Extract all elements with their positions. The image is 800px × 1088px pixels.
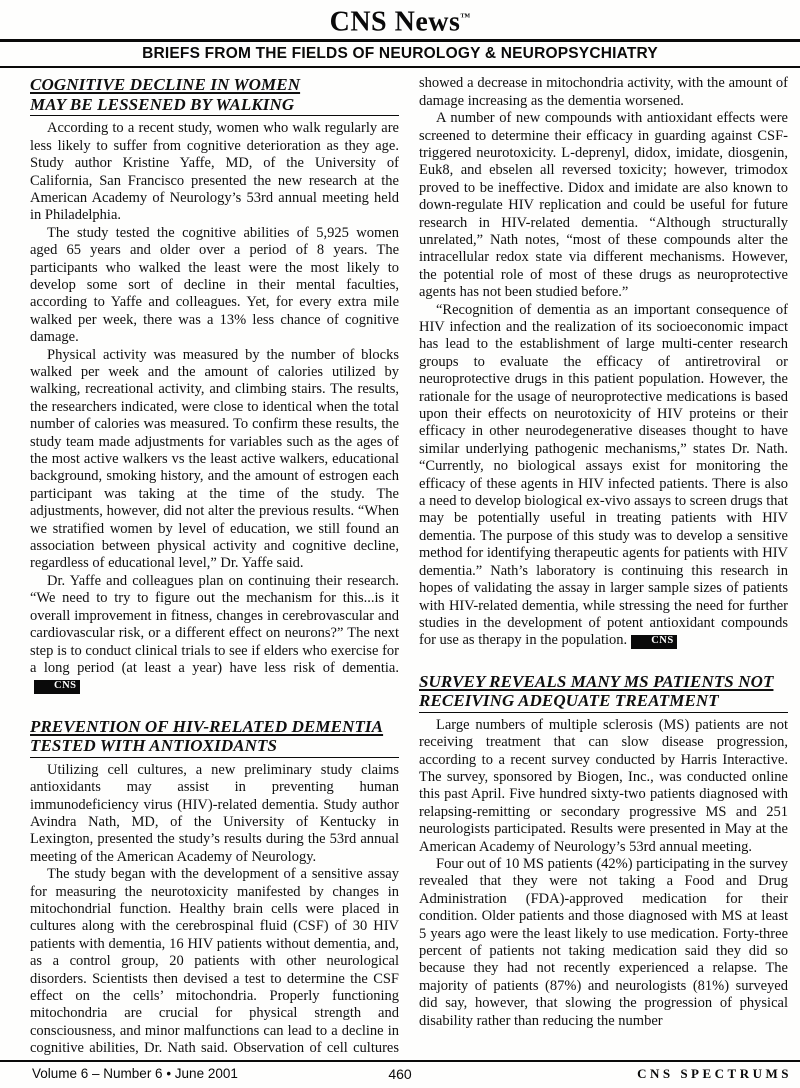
article-cognitive-decline: COGNITIVE DECLINE IN WOMEN MAY BE LESSEN… [30,75,399,694]
article-heading-line: PREVENTION OF HIV-RELATED DEMENTIA [30,717,399,737]
footer-page-number: 460 [388,1066,411,1082]
journal-logo: CNS News™ [0,2,800,38]
paragraph-text: The study tested the cognitive abilities… [30,225,399,345]
article-heading: SURVEY REVEALS MANY MS PATIENTS NOT RECE… [419,672,788,713]
paragraph: The study tested the cognitive abilities… [30,225,399,347]
masthead: CNS News™ BRIEFS FROM THE FIELDS OF NEUR… [0,0,800,68]
article-columns: COGNITIVE DECLINE IN WOMEN MAY BE LESSEN… [30,75,788,1059]
paragraph: Four out of 10 MS patients (42%) partici… [419,856,788,1030]
paragraph: Physical activity was measured by the nu… [30,347,399,573]
footer-issue: Volume 6 – Number 6 • June 2001 [32,1066,238,1081]
cns-end-badge: CNS [631,635,677,649]
article-ms-survey: SURVEY REVEALS MANY MS PATIENTS NOT RECE… [419,672,788,1030]
paragraph-text: Utilizing cell cultures, a new prelimina… [30,762,399,865]
paragraph: Utilizing cell cultures, a new prelimina… [30,762,399,866]
article-heading: PREVENTION OF HIV-RELATED DEMENTIA TESTE… [30,717,399,758]
paragraph-text: Four out of 10 MS patients (42%) partici… [419,856,788,1029]
article-heading-line: TESTED WITH ANTIOXIDANTS [30,736,399,758]
article-heading-line: SURVEY REVEALS MANY MS PATIENTS NOT [419,672,788,692]
cns-end-badge: CNS [34,680,80,694]
article-heading-line: MAY BE LESSENED BY WALKING [30,95,399,117]
paragraph-text: Physical activity was measured by the nu… [30,347,399,572]
paragraph-text: Large numbers of multiple sclerosis (MS)… [419,717,788,855]
paragraph: Dr. Yaffe and colleagues plan on continu… [30,573,399,695]
paragraph: According to a recent study, women who w… [30,120,399,224]
paragraph-text: Dr. Yaffe and colleagues plan on continu… [30,573,399,676]
section-banner: BRIEFS FROM THE FIELDS OF NEUROLOGY & NE… [0,42,800,66]
paragraph: “Recognition of dementia as an important… [419,302,788,650]
article-heading-line: RECEIVING ADEQUATE TREATMENT [419,691,788,713]
footer-journal-name: CNS SPECTRUMS [637,1066,792,1082]
paragraph-text: According to a recent study, women who w… [30,120,399,223]
journal-page: CNS News™ BRIEFS FROM THE FIELDS OF NEUR… [0,0,800,1088]
paragraph: Large numbers of multiple sclerosis (MS)… [419,717,788,856]
paragraph-text: “Recognition of dementia as an important… [419,302,788,649]
paragraph: A number of new compounds with antioxida… [419,110,788,301]
masthead-rule-bottom [0,66,800,68]
journal-logo-text: CNS News [330,6,461,37]
footer-row: Volume 6 – Number 6 • June 2001 460 CNS … [0,1066,800,1082]
article-heading: COGNITIVE DECLINE IN WOMEN MAY BE LESSEN… [30,75,399,116]
article-heading-line: COGNITIVE DECLINE IN WOMEN [30,75,399,95]
page-footer: Volume 6 – Number 6 • June 2001 460 CNS … [0,1060,800,1082]
footer-rule [0,1060,800,1062]
paragraph-text: A number of new compounds with antioxida… [419,110,788,300]
trademark-symbol: ™ [460,12,470,23]
